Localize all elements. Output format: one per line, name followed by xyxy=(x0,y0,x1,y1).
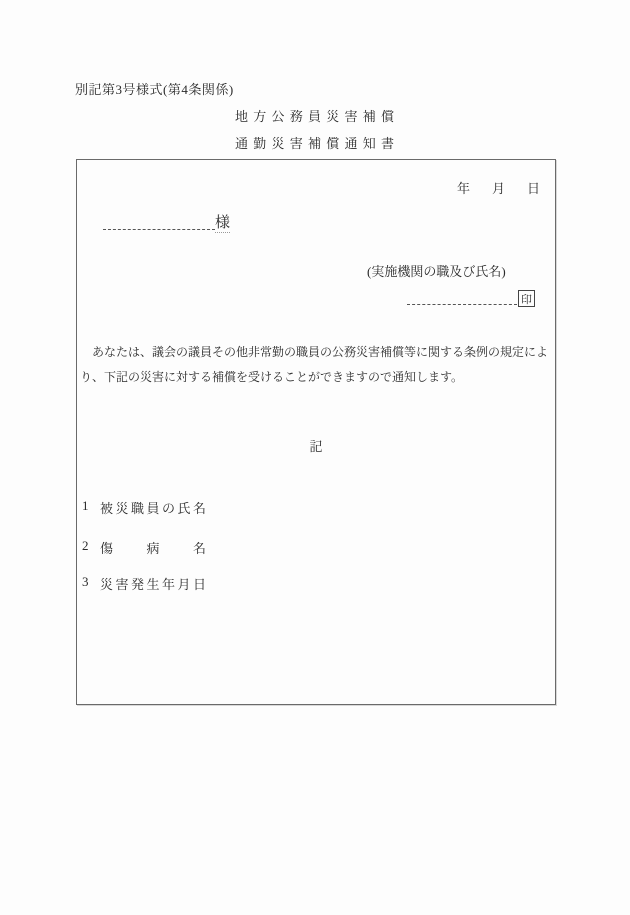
item-number: 2 xyxy=(82,538,100,557)
document-title-line1: 地 方 公 務 員 災 害 補 償 xyxy=(0,106,630,125)
day-label: 日 xyxy=(527,178,540,197)
item-number: 3 xyxy=(82,574,100,593)
addressee-name-blank-line xyxy=(103,229,215,230)
document-page: 別記第3号様式(第4条関係) 地 方 公 務 員 災 害 補 償 通 勤 災 害… xyxy=(0,0,630,915)
agency-caption: (実施機関の職及び氏名) xyxy=(367,261,506,280)
item-label: 被災職員の氏名 xyxy=(100,498,209,517)
year-label: 年 xyxy=(457,178,470,197)
list-item-1: 1 被災職員の氏名 xyxy=(82,498,209,517)
seal-mark-box: 印 xyxy=(518,290,535,307)
list-item-3: 3 災害発生年月日 xyxy=(82,574,209,593)
signature-blank-line xyxy=(407,304,517,305)
item-number: 1 xyxy=(82,498,100,517)
date-line: 年 月 日 xyxy=(457,178,540,197)
list-item-2: 2 傷 病 名 xyxy=(82,538,209,557)
document-title-line2: 通 勤 災 害 補 償 通 知 書 xyxy=(0,133,630,152)
notice-body-text: あなたは、議会の議員その他非常勤の職員の公務災害補償等に関する条例の規定により、… xyxy=(80,340,551,390)
notice-box: 年 月 日 様 (実施機関の職及び氏名) 印 あなたは、議会の議員その他非常勤の… xyxy=(76,159,556,705)
month-label: 月 xyxy=(492,178,505,197)
form-reference: 別記第3号様式(第4条関係) xyxy=(75,79,234,98)
addressee-line: 様 xyxy=(103,215,230,233)
signature-line: 印 xyxy=(407,290,535,307)
addressee-suffix: 様 xyxy=(215,215,230,233)
item-label: 災害発生年月日 xyxy=(100,574,209,593)
item-label: 傷 病 名 xyxy=(100,538,209,557)
list-heading: 記 xyxy=(77,436,555,455)
